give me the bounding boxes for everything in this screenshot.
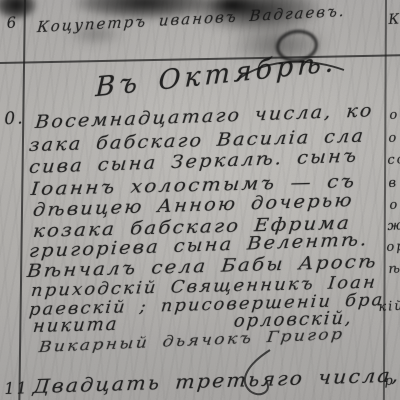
right-column-fragment: о <box>389 107 400 122</box>
right-column-fragment: сс <box>387 152 400 168</box>
right-column-fragment: о <box>389 197 400 212</box>
header-swash-flourish <box>232 56 352 86</box>
right-column-fragment: ор <box>386 239 400 255</box>
register-page-scan: 6 10. 11 Коцупетръ ивановъ Вадгаевъ. Въ … <box>0 0 400 400</box>
margin-number-record: 10. <box>0 108 25 130</box>
right-column-fragment: ж <box>387 218 400 234</box>
right-column-fragment: кій <box>378 299 400 315</box>
right-column-fragment: К: <box>388 11 400 28</box>
right-column-fragment: ѣ <box>388 261 400 277</box>
right-column-fragment: р <box>384 373 395 389</box>
right-column-fragment: в <box>388 175 398 190</box>
signature-first-name: никита <box>32 314 120 337</box>
right-column-fragment: о <box>388 130 399 145</box>
margin-number-previous: 6 <box>6 13 19 32</box>
margin-number-next-record: 11 <box>4 378 29 398</box>
